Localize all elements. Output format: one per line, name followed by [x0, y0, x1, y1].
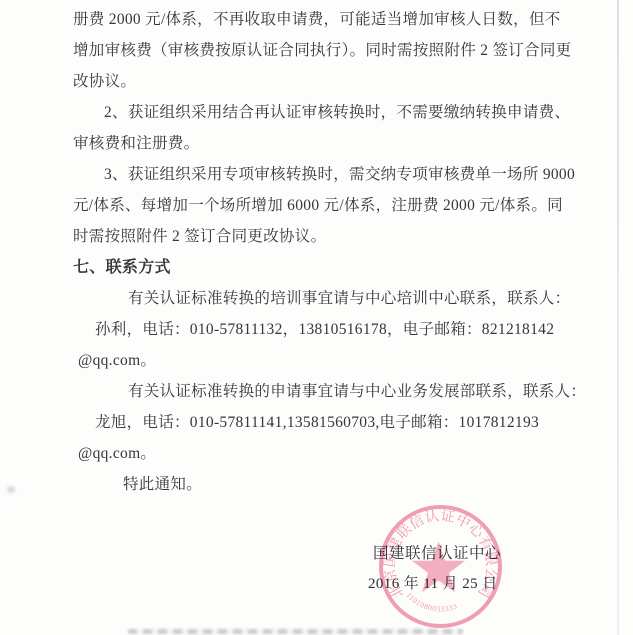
text-line: 3、获证组织采用专项审核转换时，需交纳专项审核费单一场所 9000	[104, 159, 555, 190]
text-line: 元/体系、每增加一个场所增加 6000 元/体系，注册费 2000 元/体系。同	[73, 190, 555, 221]
text-line: 审核费和注册费。	[73, 128, 555, 159]
text-line: 有关认证标准转换的培训事宜请与中心培训中心联系，联系人：	[128, 283, 555, 314]
text-line: 有关认证标准转换的申请事宜请与中心业务发展部联系，联系人：	[128, 376, 555, 407]
svg-text:1101080033333: 1101080033333	[404, 591, 458, 614]
official-seal: 北京国建联信认证中心有限公司 1101080033333	[377, 503, 504, 630]
text-line: 2、获证组织采用结合再认证审核转换时，不需要缴纳转换申请费、	[104, 97, 555, 128]
text-line: 龙旭，电话：010-57811141,13581560703,电子邮箱：1017…	[95, 407, 555, 438]
document-body: 册费 2000 元/体系，不再收取申请费，可能适当增加审核人日数，但不 增加审核…	[73, 4, 555, 500]
scan-artifact-right-edge	[617, 0, 619, 635]
text-line: @qq.com。	[78, 438, 555, 469]
closing-line: 特此通知。	[123, 469, 555, 500]
text-line: 时需按照附件 2 签订合同更改协议。	[73, 221, 555, 252]
text-line: 改协议。	[73, 66, 555, 97]
seal-star-icon	[412, 542, 465, 593]
scan-artifact-speck	[7, 486, 15, 493]
seal-number-arc-text: 1101080033333	[404, 591, 458, 614]
document-page: 册费 2000 元/体系，不再收取申请费，可能适当增加审核人日数，但不 增加审核…	[0, 0, 633, 635]
text-line: 册费 2000 元/体系，不再收取申请费，可能适当增加审核人日数，但不	[73, 4, 555, 35]
text-line: 增加审核费（审核费按原认证合同执行）。同时需按照附件 2 签订合同更	[73, 35, 555, 66]
text-line: @qq.com。	[78, 345, 555, 376]
text-line: 孙利，电话：010-57811132，13810516178，电子邮箱：8212…	[95, 314, 555, 345]
section-heading-contact: 七、联系方式	[73, 252, 555, 283]
